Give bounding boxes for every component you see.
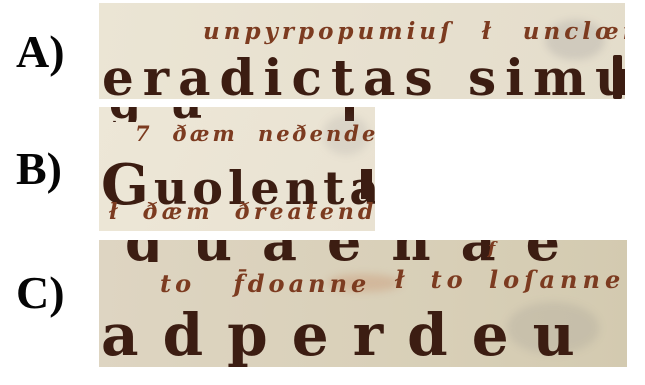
figure-label-b: B): [16, 146, 62, 192]
manuscript-strip-b: gu 7 ðæm neðende Guolenta ł ðæm ðreatend…: [99, 107, 375, 231]
gloss-line-b-bottom: ł ðæm ðreatende: [109, 201, 375, 223]
manuscript-figure: A) B) C) unpyrpopumiuſ ł unclœnpuſ eradi…: [0, 0, 645, 385]
main-text-c: adperdeu: [101, 306, 599, 364]
gloss-line-b-top: 7 ðæm neðende: [135, 123, 375, 144]
manuscript-strip-a: unpyrpopumiuſ ł unclœnpuſ eradictas simu: [99, 3, 625, 99]
cut-letter-stroke: [613, 55, 622, 99]
main-text-a: eradictas simu: [102, 53, 625, 99]
figure-label-c: C): [16, 270, 65, 316]
gloss-line-c-right: ł to loſanne: [395, 268, 625, 292]
cut-letter-stroke: [361, 169, 372, 199]
gloss-line-a: unpyrpopumiuſ ł unclœnpuſ: [203, 20, 625, 43]
figure-label-a: A): [16, 29, 65, 75]
gloss-line-c-left: to f̄doanne: [160, 272, 370, 296]
partial-line-top-c: quaenae: [125, 240, 595, 262]
superscript-gloss-mark: f̄: [488, 241, 495, 258]
manuscript-strip-c: quaenae f̄ to f̄doanne ł to loſanne adpe…: [99, 240, 627, 367]
partial-line-top-b: gu: [109, 107, 269, 122]
